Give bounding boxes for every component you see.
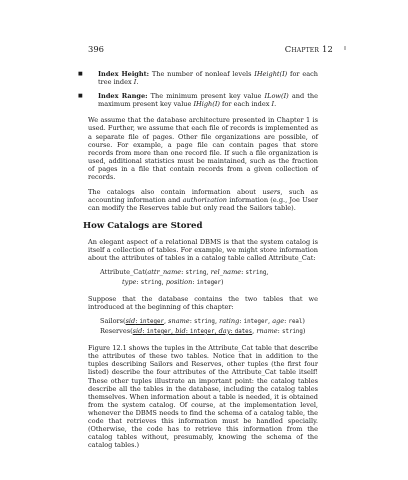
chapter-title: Chapter 12 xyxy=(285,44,333,54)
section-heading: How Catalogs are Stored xyxy=(83,222,318,230)
paragraph-figure: Figure 12.1 shows the tuples in the Attr… xyxy=(88,344,318,449)
paragraph-elegant: An elegant aspect of a relational DBMS i… xyxy=(88,238,318,262)
bullet-term: Index Height: xyxy=(98,70,149,78)
page-body: Index Height: The number of nonleaf leve… xyxy=(88,70,318,455)
schema-sailors-reserves: Sailors(sid: integer, sname: string, rat… xyxy=(88,317,318,336)
bullet-index-range: Index Range: The minimum present key val… xyxy=(88,92,318,108)
schema-sailors: Sailors(sid: integer, sname: string, rat… xyxy=(100,317,318,326)
bullet-term: Index Range: xyxy=(98,92,148,100)
page-header: 396 Chapter 12 xyxy=(91,44,325,56)
paragraph-architecture: We assume that the database architecture… xyxy=(88,116,318,181)
paragraph-users: The catalogs also contain information ab… xyxy=(88,188,318,212)
document-page: 396 Chapter 12 Index Height: The number … xyxy=(0,0,408,480)
schema-reserves: Reserves(sid: integer, bid: integer, day… xyxy=(100,327,318,336)
paragraph-suppose: Suppose that the database contains the t… xyxy=(88,295,318,311)
schema-attribute-cat: Attribute_Cat(attr_name: string, rel_nam… xyxy=(88,268,318,287)
scan-artifact xyxy=(344,46,346,50)
page-number: 396 xyxy=(88,44,104,54)
bullet-index-height: Index Height: The number of nonleaf leve… xyxy=(88,70,318,86)
